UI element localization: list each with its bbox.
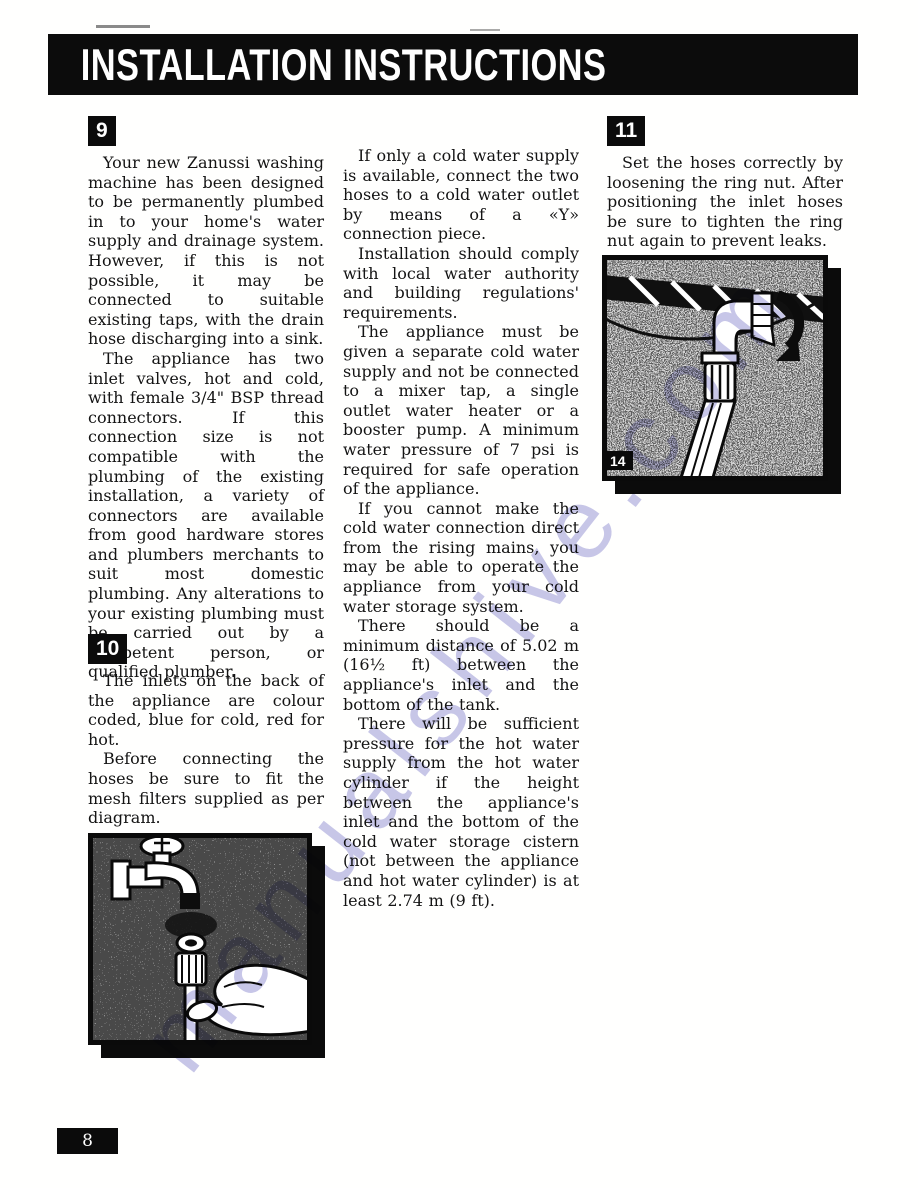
section-10-badge: 10 [88,634,127,664]
section-9-paragraph: The appliance has two inlet valves, hot … [88,349,324,682]
page-number-badge: 8 [57,1128,118,1154]
page-number: 8 [82,1131,93,1151]
section-10-paragraph: The inlets on the back of the appliance … [88,671,324,749]
column-2-paragraph: Installation should comply with local wa… [343,244,579,322]
figure-label-chip: 14 [605,451,633,470]
column-2-paragraph: There should be a minimum distance of 5.… [343,616,579,714]
column-2-paragraph: The appliance must be given a separate c… [343,322,579,498]
ring-nut-illustration: 14 [602,255,828,481]
page-header-banner: INSTALLATION INSTRUCTIONS [48,34,858,95]
section-9-badge: 9 [88,116,116,146]
section-10-paragraph: Before connecting the hoses be sure to f… [88,749,324,827]
manual-page: INSTALLATION INSTRUCTIONS manualshive.co… [0,0,918,1188]
section-11-badge: 11 [607,116,645,146]
scan-artifact [96,25,150,28]
column-2-paragraph: There will be sufficient pressure for th… [343,714,579,910]
column-2-paragraph: If you cannot make the cold water connec… [343,499,579,617]
scan-artifact [470,29,500,31]
figure-number-label: 14 [610,453,626,469]
section-9: 9 Your new Zanussi washing machine has b… [88,116,324,682]
figure-tap-connection [88,833,312,1045]
column-2-paragraph: If only a cold water supply is available… [343,146,579,244]
section-10: 10 The inlets on the back of the applian… [88,634,324,828]
section-11-paragraph: Set the hoses correctly by loosening the… [607,153,843,251]
column-2: If only a cold water supply is available… [343,146,579,910]
section-9-paragraph: Your new Zanussi washing machine has bee… [88,153,324,349]
tap-connection-illustration [88,833,312,1045]
figure-ring-nut: 14 [602,255,828,481]
section-11: 11 Set the hoses correctly by loosening … [607,116,843,251]
page-title: INSTALLATION INSTRUCTIONS [48,39,606,90]
